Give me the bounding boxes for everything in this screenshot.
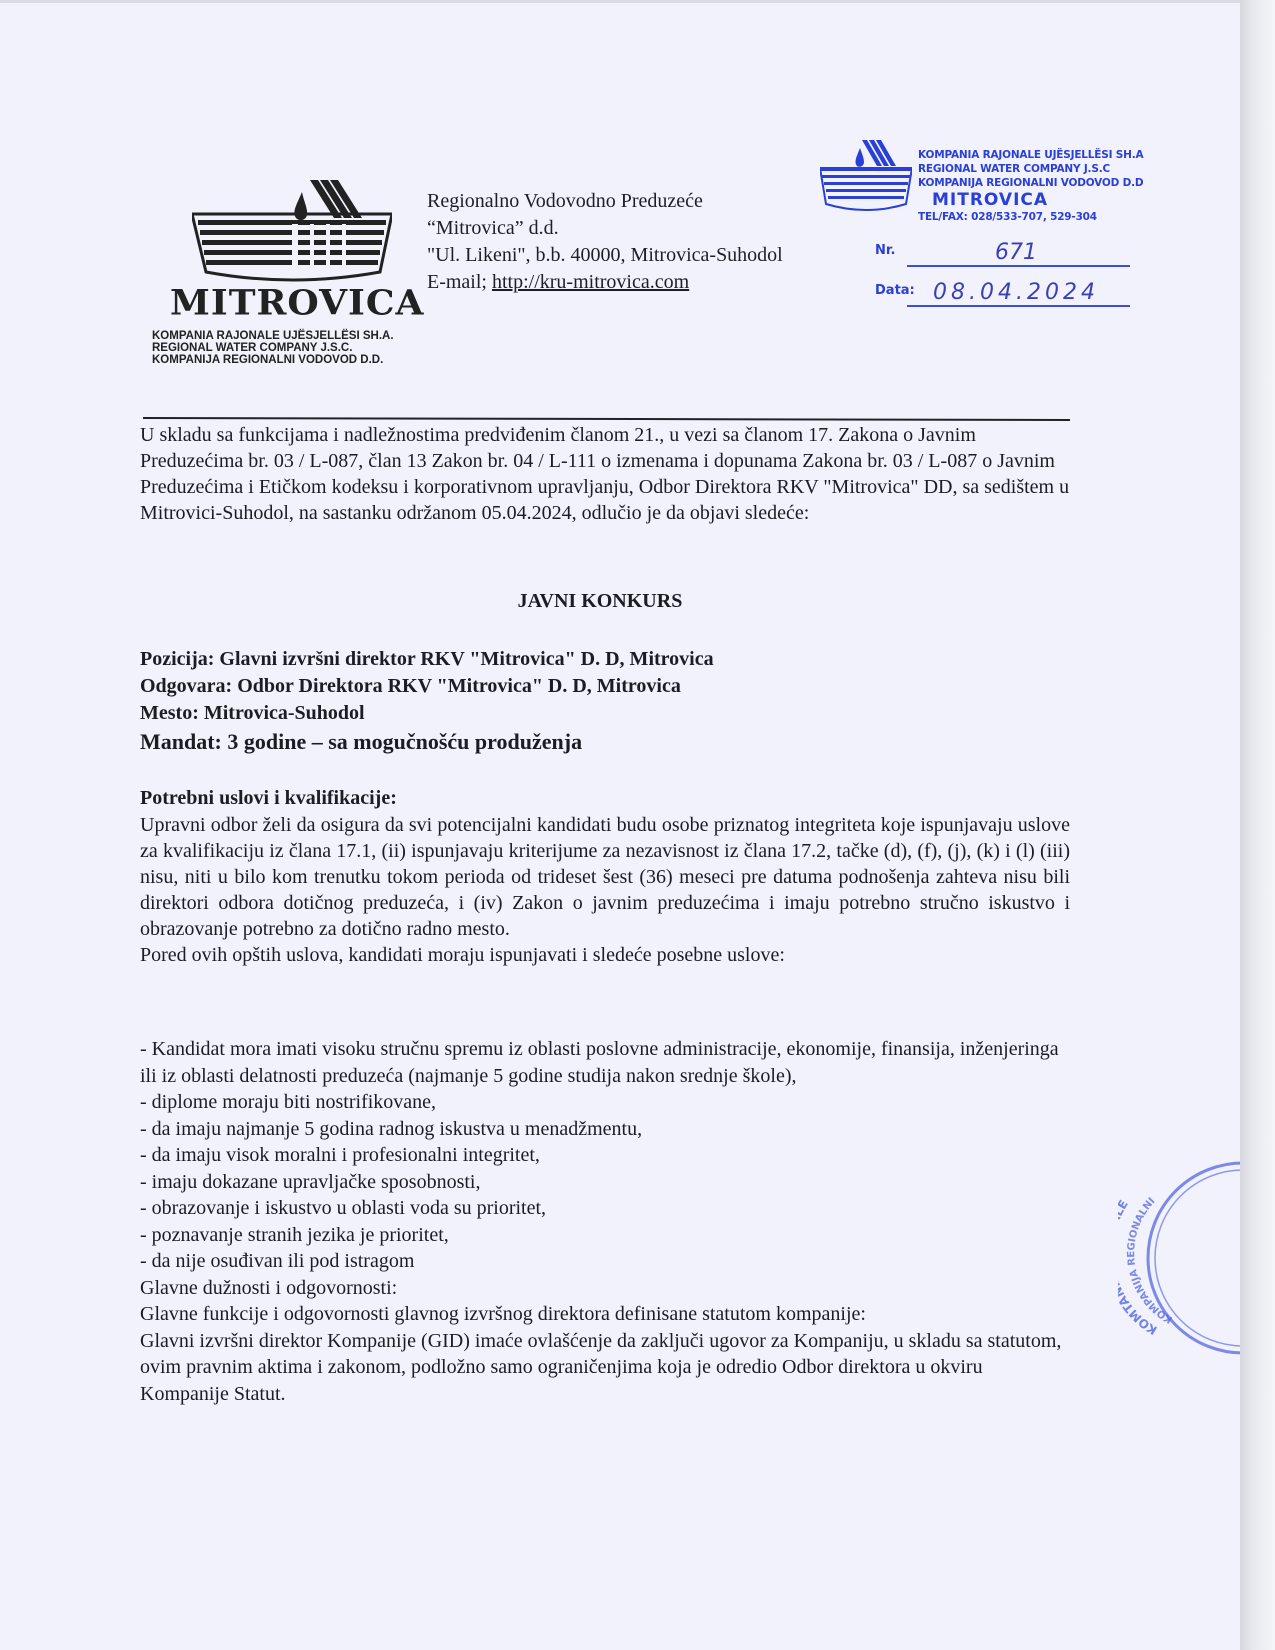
- stamp-line: KOMPANIA RAJONALE UJËSJELLËSI SH.A: [918, 148, 1158, 162]
- stamp-number-line: [907, 265, 1130, 267]
- company-address: Regionalno Vodovodno Preduzeće “Mitrovic…: [427, 188, 783, 296]
- condition-item: - da imaju visok moralni i profesionalni…: [140, 1142, 1070, 1169]
- page-top-edge: [0, 0, 1240, 3]
- field-mesto: Mesto: Mitrovica-Suhodol: [140, 700, 1070, 727]
- address-line: “Mitrovica” d.d.: [427, 215, 783, 242]
- stamp-date-label: Data:: [875, 283, 915, 298]
- condition-item: - imaju dokazane upravljačke sposobnosti…: [140, 1169, 1070, 1196]
- condition-item: - da nije osuđivan ili pod istragom: [140, 1248, 1070, 1275]
- condition-item: - diplome moraju biti nostrifikovane,: [140, 1089, 1070, 1116]
- stamp-phone: TEL/FAX: 028/533-707, 529-304: [918, 210, 1158, 224]
- requirements-section: Potrebni uslovi i kvalifikacije: Upravni…: [140, 784, 1070, 968]
- address-line: Regionalno Vodovodno Preduzeće: [427, 188, 783, 215]
- stamp-number-field: Nr. 671: [875, 243, 1130, 269]
- duties-heading: Glavne dužnosti i odgovornosti:: [140, 1275, 1070, 1302]
- scan-page-edge: [1240, 0, 1275, 1650]
- logo-wordmark: MITROVICA: [170, 283, 424, 323]
- stamp-line: REGIONAL WATER COMPANY J.S.C: [918, 162, 1158, 176]
- field-mandat: Mandat: 3 godine – sa mogučnošću produže…: [140, 727, 1070, 757]
- stamp-date-field: Data: 08.04.2024: [875, 283, 1130, 309]
- document-page: MITROVICA KOMPANIA RAJONALE UJËSJELLËSI …: [0, 0, 1240, 1650]
- conditions-list: - Kandidat mora imati visoku stručnu spr…: [140, 1010, 1070, 1407]
- stamp-number-value: 671: [995, 240, 1037, 265]
- condition-item: - da imaju najmanje 5 godina radnog isku…: [140, 1116, 1070, 1143]
- field-pozicija: Pozicija: Glavni izvršni direktor RKV "M…: [140, 646, 1070, 673]
- logo-subtitle-line: REGIONAL WATER COMPANY J.S.C.: [152, 342, 394, 354]
- company-logo: [150, 180, 440, 285]
- stamp-text: KOMPANIA RAJONALE UJËSJELLËSI SH.A REGIO…: [918, 148, 1158, 224]
- stamp-date-line: [907, 305, 1130, 307]
- header-divider: [143, 417, 1070, 421]
- address-line: "Ul. Likeni", b.b. 40000, Mitrovica-Suho…: [427, 242, 783, 269]
- document-title: JAVNI KONKURS: [0, 590, 1200, 613]
- mitrovica-water-logo-icon: [192, 180, 392, 285]
- intro-paragraph: U skladu sa funkcijama i nadležnostima p…: [140, 422, 1070, 526]
- logo-subtitle: KOMPANIA RAJONALE UJËSJELLËSI SH.A. REGI…: [152, 330, 394, 366]
- email-label: E-mail;: [427, 271, 492, 293]
- duties-line: Glavni izvršni direktor Kompanije (GID) …: [140, 1328, 1070, 1408]
- requirements-heading: Potrebni uslovi i kvalifikacije:: [140, 784, 1070, 812]
- requirements-paragraph: Upravni odbor želi da osigura da svi pot…: [140, 812, 1070, 942]
- stamp-date-value: 08.04.2024: [933, 280, 1099, 305]
- field-odgovara: Odgovara: Odbor Direktora RKV "Mitrovica…: [140, 673, 1070, 700]
- stamp-line: KOMPANIJA REGIONALNI VODOVOD D.D: [918, 176, 1158, 190]
- condition-item: - obrazovanje i iskustvo u oblasti voda …: [140, 1195, 1070, 1222]
- stamp-logo-icon: [820, 140, 912, 215]
- duties-line: Glavne funkcije i odgovornosti glavnog i…: [140, 1301, 1070, 1328]
- condition-item: - Kandidat mora imati visoku stručnu spr…: [140, 1036, 1070, 1089]
- logo-subtitle-line: KOMPANIA RAJONALE UJËSJELLËSI SH.A.: [152, 330, 394, 342]
- address-email: E-mail; http://kru-mitrovica.com: [427, 269, 783, 296]
- stamp-city: MITROVICA: [918, 190, 1158, 210]
- stamp-number-label: Nr.: [875, 243, 895, 258]
- position-details: Pozicija: Glavni izvršni direktor RKV "M…: [140, 646, 1070, 757]
- logo-subtitle-line: KOMPANIJA REGIONALNI VODOVOD D.D.: [152, 354, 394, 366]
- intro-text: U skladu sa funkcijama i nadležnostima p…: [140, 422, 1070, 526]
- condition-item: - poznavanje stranih jezika je prioritet…: [140, 1222, 1070, 1249]
- website-link[interactable]: http://kru-mitrovica.com: [492, 271, 689, 293]
- special-conditions-intro: Pored ovih opštih uslova, kandidati mora…: [140, 942, 1070, 968]
